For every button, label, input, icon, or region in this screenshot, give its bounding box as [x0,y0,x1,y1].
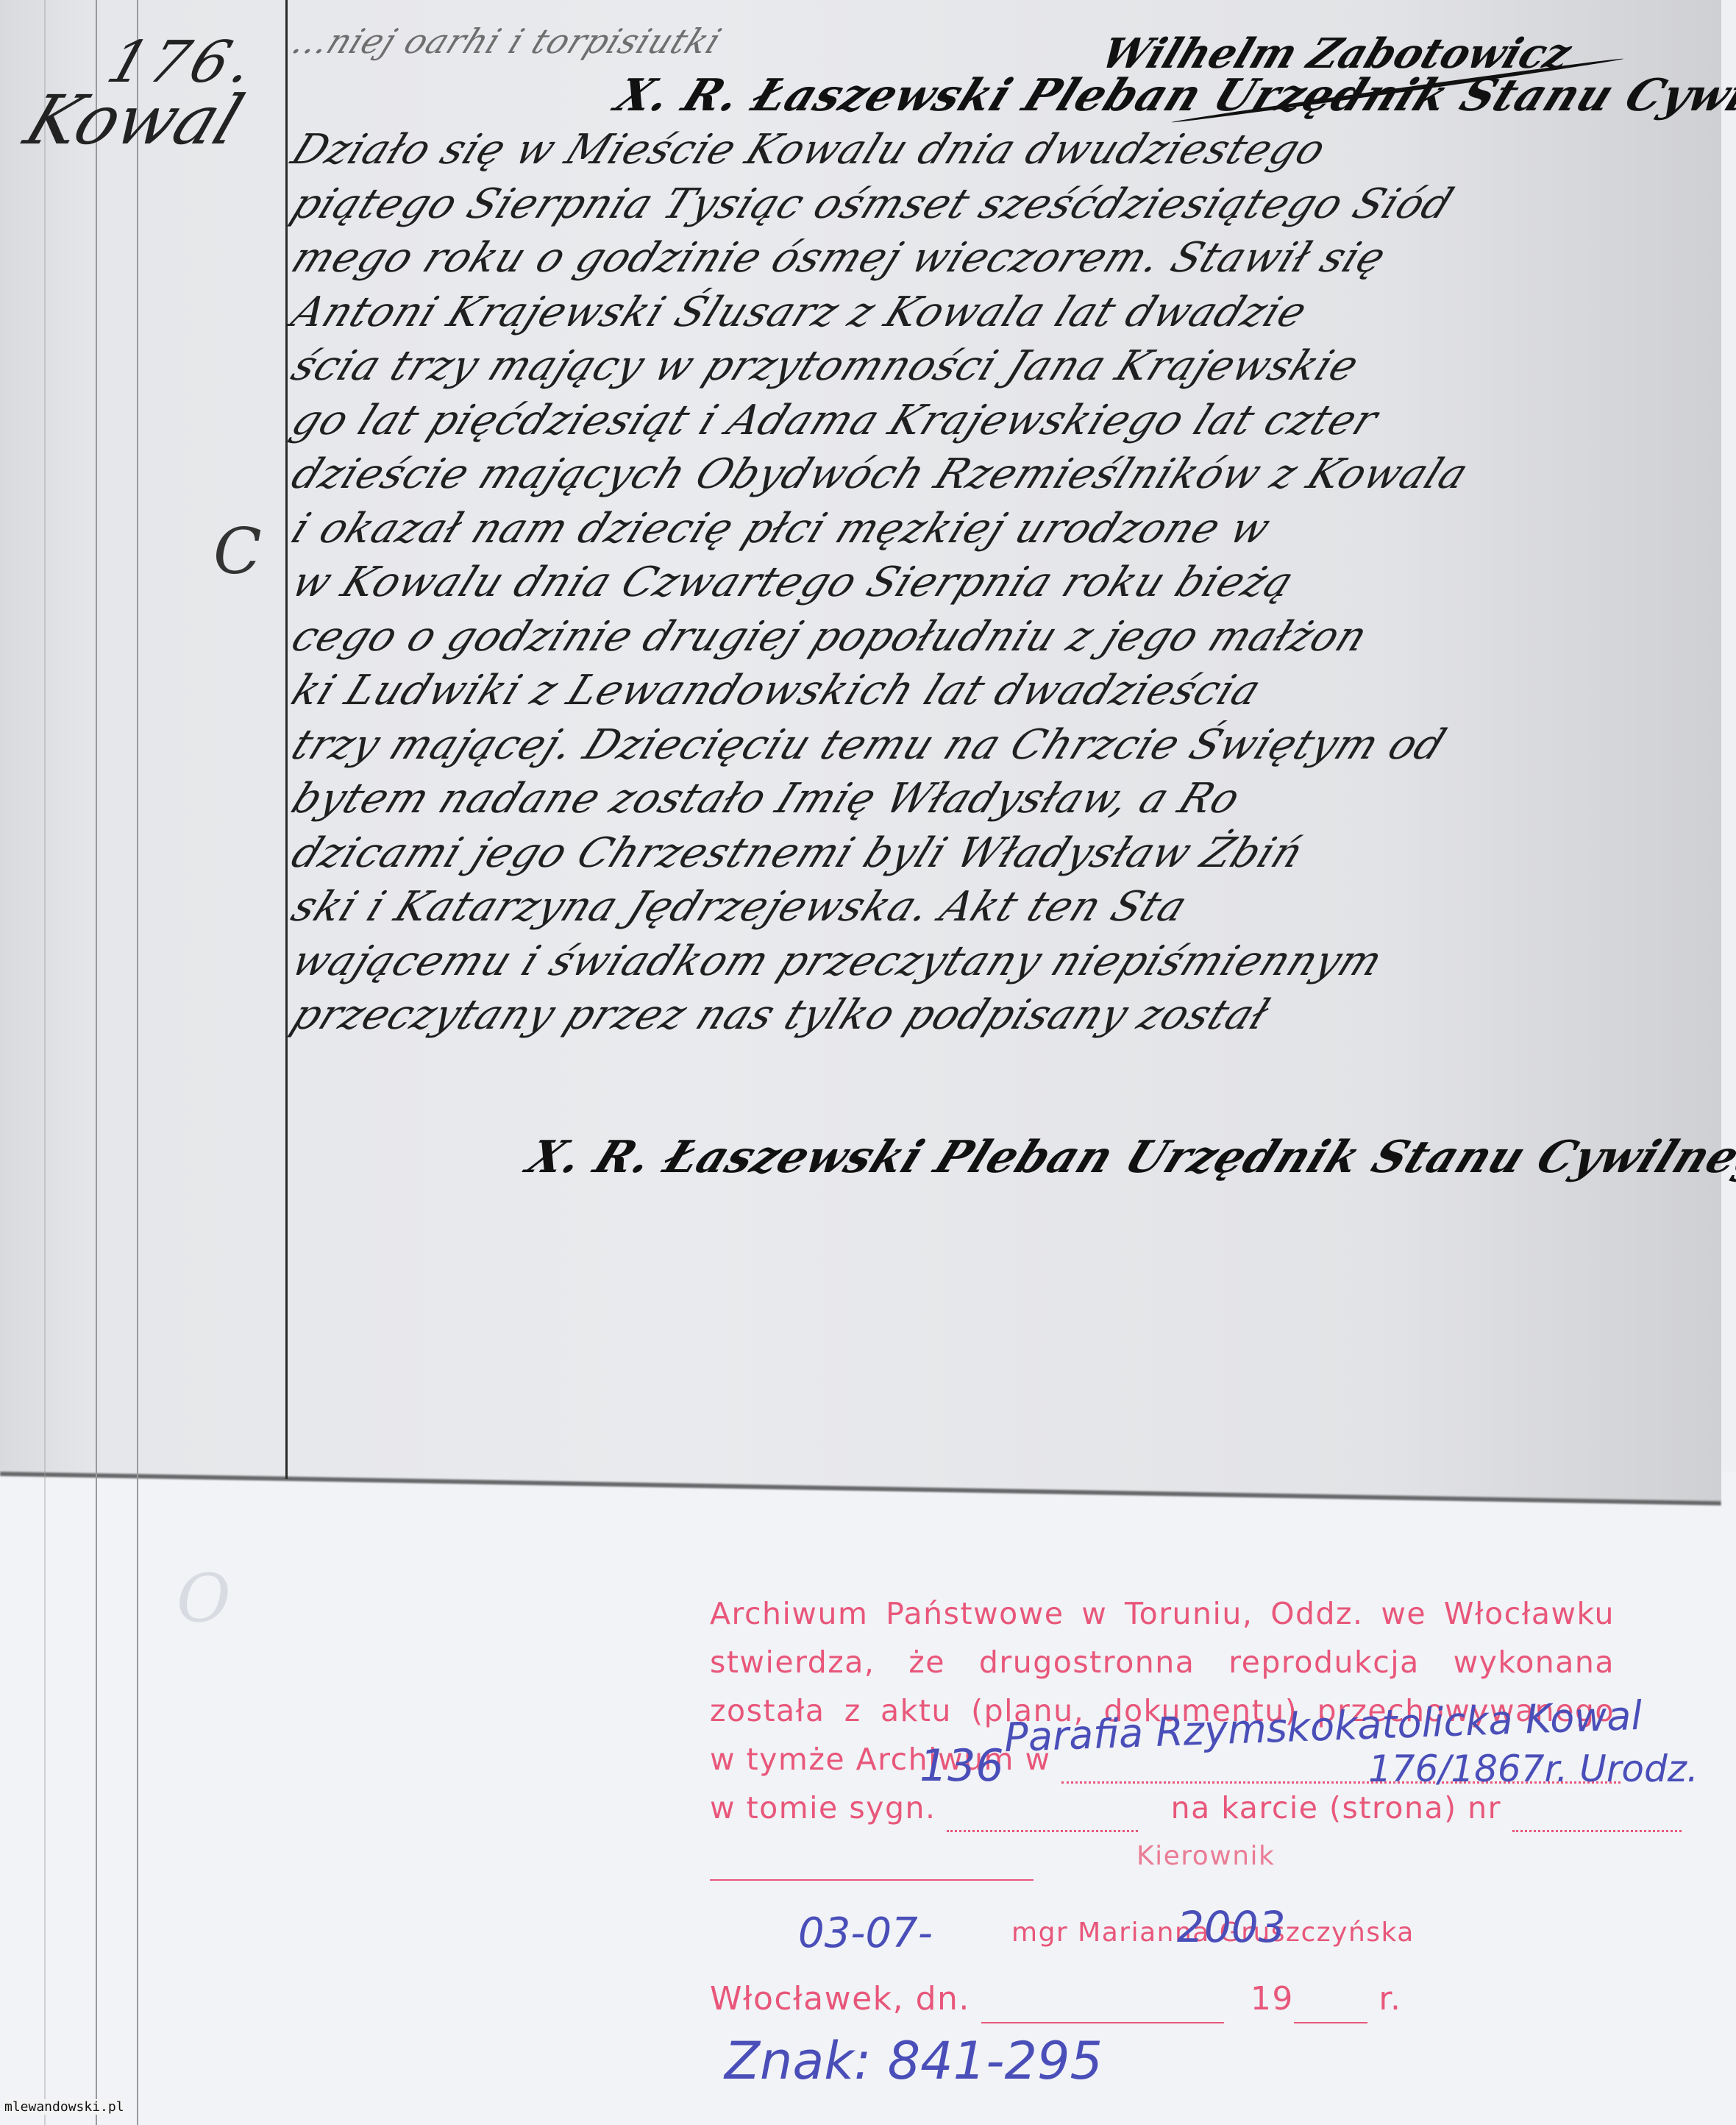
page-label: na karcie (strona) nr [1171,1790,1501,1826]
margin-rule-inner [137,0,138,2125]
stamp-volume-row: w tomie sygn. na karcie (strona) nr [710,1784,1615,1832]
volume-field [947,1801,1138,1832]
record-line: Działo się w Mieście Kowalu dnia dwudzie… [283,123,1732,177]
record-line: wającemu i świadkom przeczytany niepiśmi… [283,934,1732,989]
date-field [981,1993,1224,2023]
record-line: przeczytany przez nas tylko podpisany zo… [283,988,1732,1043]
record-line: trzy mającej. Dziecięciu temu na Chrzcie… [283,718,1732,773]
record-line: piątego Sierpnia Tysiąc ośmset sześćdzie… [283,177,1732,232]
page-value: 176/1867r. Urodz. [1368,1748,1698,1790]
margin-rule-outer [96,0,97,2125]
record-body: ...niej oarhi i torpisiutki X. R. Łaszew… [294,15,1721,1185]
place-label: Włocławek, dn. [710,1980,970,2018]
record-line: dzicami jego Chrzestnemi byli Władysław … [283,826,1732,881]
record-line: ski i Katarzyna Jędrzejewska. Akt ten St… [283,880,1732,934]
volume-value: 136 [919,1740,1004,1792]
date-value: 03-07- [798,1909,933,1957]
watermark: mlewandowski.pl [4,2099,124,2115]
stamp-date-row: Włocławek, dn. 19 r. [710,1975,1615,2023]
record-line: ki Ludwiki z Lewandowskich lat dwadzieśc… [283,664,1732,718]
year-suffix: r. [1379,1980,1401,2018]
volume-label: w tomie sygn. [710,1790,936,1826]
year-value: 2003 [1177,1902,1286,1952]
record-line: mego roku o godzinie ósmej wieczorem. St… [283,231,1732,285]
closing-signature: X. R. Łaszewski Pleban Urzędnik Stanu Cy… [283,1131,1732,1185]
year-prefix: 19 [1251,1980,1294,2018]
record-line: ścia trzy mający w przytomności Jana Kra… [283,339,1732,394]
signature-line [710,1853,1034,1881]
record-line: cego o godzinie drugiej popołudniu z jeg… [283,610,1732,664]
ghost-impression: O [177,1560,231,1637]
page-field [1512,1801,1682,1832]
official-header-signature: X. R. Łaszewski Pleban Urzędnik Stanu Cy… [283,69,1732,124]
record-line: go lat pięćdziesiąt i Adama Krajewskiego… [283,394,1732,448]
record-line: bytem nadane zostało Imię Władysław, a R… [283,772,1732,826]
stamp-line: Archiwum Państwowe w Toruniu, Oddz. we W… [710,1589,1615,1638]
record-line: dzieście mających Obydwóch Rzemieślników… [283,447,1732,502]
copy-edge-left [44,0,46,2125]
reference-number: Znak: 841-295 [725,2031,1103,2091]
margin-village-name: Kowal [15,81,254,160]
margin-mark: C [213,515,262,589]
year-field [1294,1993,1367,2023]
record-line: w Kowalu dnia Czwartego Sierpnia roku bi… [283,556,1732,610]
record-line: i okazał nam dziecię płci męzkiej urodzo… [283,502,1732,556]
stamp-role: Kierownik [1136,1832,1275,1881]
record-line: Antoni Krajewski Ślusarz z Kowala lat dw… [283,285,1732,340]
stamp-role-row: Kierownik [710,1832,1615,1887]
archive-certification-stamp: Archiwum Państwowe w Toruniu, Oddz. we W… [710,1589,1615,2023]
partial-previous-line: ...niej oarhi i torpisiutki [283,15,1732,69]
stamp-line: stwierdza, że drugostronna reprodukcja w… [710,1638,1615,1686]
